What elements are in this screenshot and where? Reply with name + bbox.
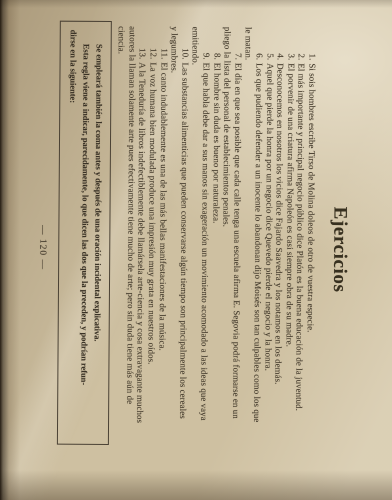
- item-number: 13.: [137, 44, 148, 59]
- item-number: 3.: [286, 45, 297, 60]
- item-number: 11.: [159, 44, 170, 59]
- exercise-list: 1.Si sois hombres escribe Tirso de Molin…: [113, 26, 317, 483]
- item-number: 4.: [275, 45, 286, 60]
- rule-note-box: Se empleará también la coma antes y desp…: [57, 21, 112, 445]
- item-number: 10.: [180, 45, 191, 60]
- item-number: 7.: [233, 45, 244, 60]
- item-number: 8.: [212, 45, 223, 60]
- page-title: Ejercicios: [327, 0, 352, 500]
- item-number: 5.: [265, 45, 276, 60]
- item-number: 9.: [201, 45, 212, 60]
- item-number: 6.: [254, 45, 265, 60]
- book-page-content: Ejercicios 1.Si sois hombres escribe Tir…: [0, 0, 392, 500]
- scanned-book-page: Ejercicios 1.Si sois hombres escribe Tir…: [0, 0, 392, 500]
- page-number: — 120 —: [35, 0, 48, 498]
- item-number: 12.: [148, 44, 159, 59]
- item-number: 1.: [307, 45, 318, 60]
- item-number: 2.: [296, 45, 307, 60]
